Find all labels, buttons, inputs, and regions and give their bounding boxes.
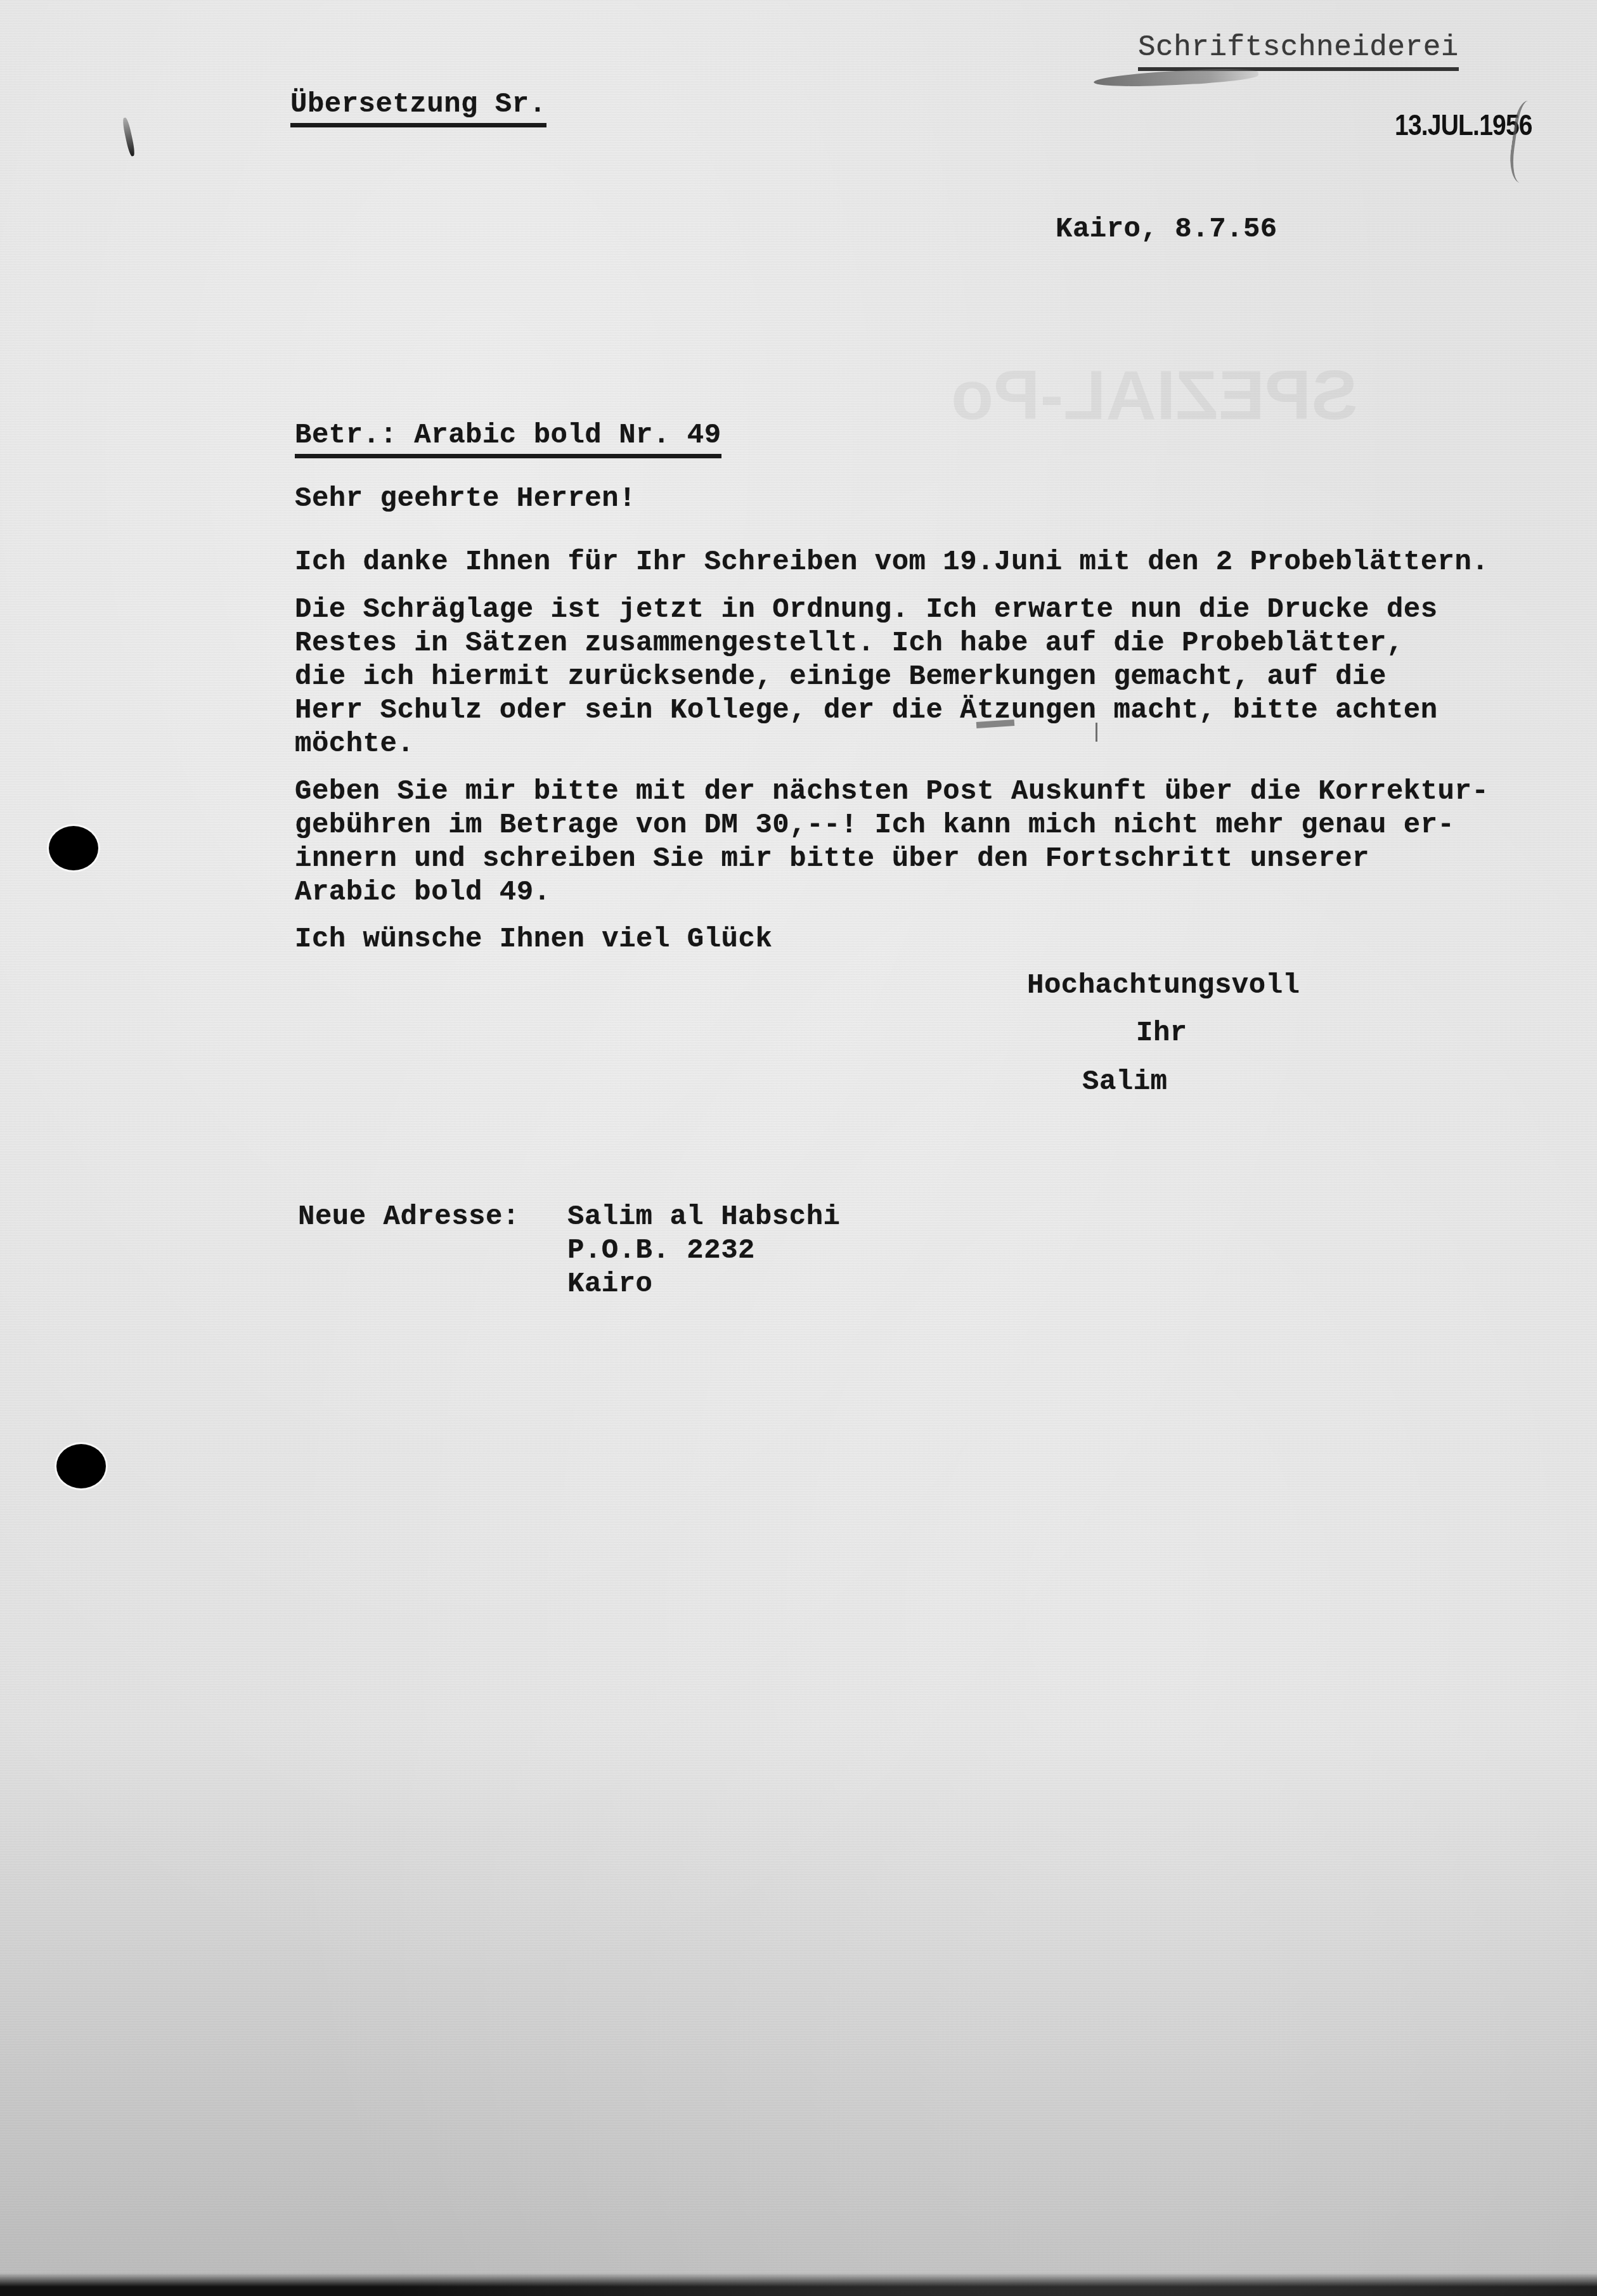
body-paragraph-2-line-4: Herr Schulz oder sein Kollege, der die Ä… <box>295 693 1438 728</box>
body-paragraph-3-line-1: Geben Sie mir bitte mit der nächsten Pos… <box>295 775 1489 809</box>
valediction: Hochachtungsvoll <box>1027 969 1300 1003</box>
pencil-annotation-tick <box>1096 723 1097 742</box>
new-address-label: Neue Adresse: <box>298 1200 520 1234</box>
body-paragraph-3-line-4: Arabic bold 49. <box>295 875 551 910</box>
closing-pronoun: Ihr <box>1136 1016 1187 1050</box>
body-paragraph-3-line-3: innern und schreiben Sie mir bitte über … <box>295 842 1369 876</box>
paper-sheet <box>0 0 1597 2296</box>
department-label: Schriftschneiderei <box>1138 30 1459 71</box>
translation-note: Übersetzung Sr. <box>290 87 546 127</box>
body-paragraph-3-line-2: gebühren im Betrage von DM 30,--! Ich ka… <box>295 808 1455 842</box>
body-paragraph-1-line-1: Ich danke Ihnen für Ihr Schreiben vom 19… <box>295 545 1489 579</box>
bleed-through-watermark: SPEZIAL-Po <box>951 355 1358 435</box>
body-paragraph-2-line-5: möchte. <box>295 727 414 761</box>
punch-hole-lower <box>56 1444 106 1488</box>
punch-hole-upper <box>49 826 98 870</box>
salutation: Sehr geehrte Herren! <box>295 482 636 516</box>
new-address-line-2: P.O.B. 2232 <box>567 1234 755 1268</box>
signature-name: Salim <box>1082 1065 1168 1099</box>
body-paragraph-2-line-1: Die Schräglage ist jetzt in Ordnung. Ich… <box>295 593 1438 627</box>
body-paragraph-4: Ich wünsche Ihnen viel Glück <box>295 922 772 957</box>
subject-line: Betr.: Arabic bold Nr. 49 <box>295 418 721 458</box>
body-paragraph-2-line-3: die ich hiermit zurücksende, einige Beme… <box>295 660 1387 694</box>
received-date-stamp: 13.JUL.1956 <box>1395 108 1532 142</box>
new-address-line-1: Salim al Habschi <box>567 1200 840 1234</box>
body-paragraph-2-line-2: Restes in Sätzen zusammengestellt. Ich h… <box>295 626 1404 661</box>
new-address-line-3: Kairo <box>567 1267 653 1301</box>
place-date: Kairo, 8.7.56 <box>1056 212 1277 247</box>
